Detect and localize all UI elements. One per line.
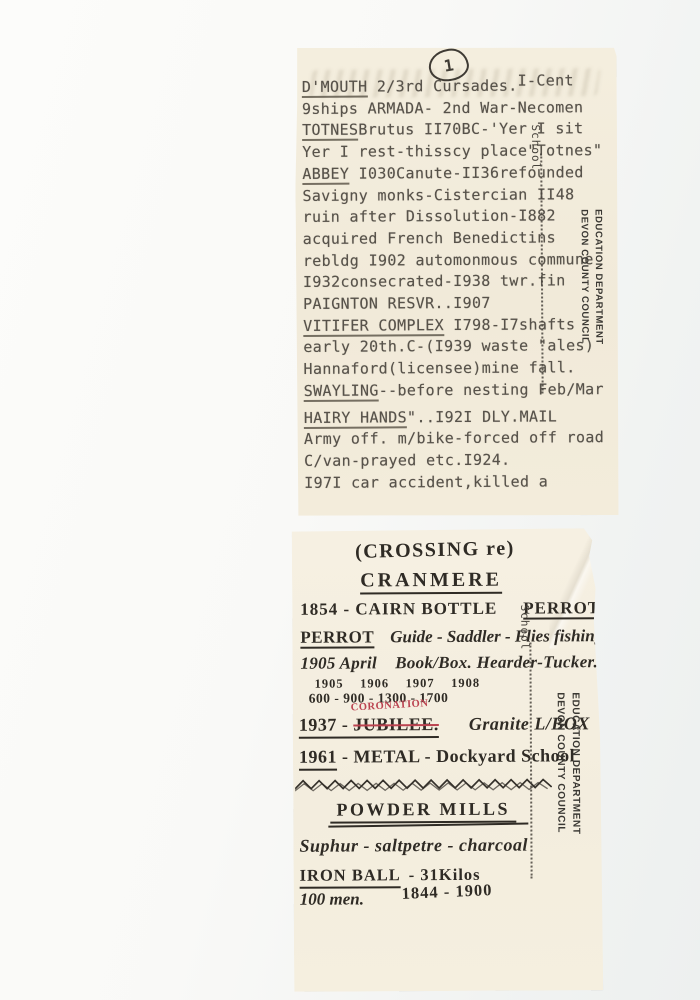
typed-line: Army off. m/bike-forced off road	[304, 427, 616, 451]
heading-underlined: CRANMERE	[360, 569, 502, 595]
typed-line: I97I car accident,killed a	[304, 471, 616, 495]
section-heading: POWDER MILLS	[293, 798, 553, 820]
line-text: 9ships ARMADA- 2nd War-Necomen	[302, 98, 584, 118]
typed-line: I932consecrated-I938 twr.fin	[303, 270, 615, 294]
stamp-line: EDUCATION DEPARTMENT	[568, 692, 584, 844]
typed-line: Yer I rest-thisscy place"Totnes"	[302, 140, 614, 164]
heading-note: (CROSSING re)	[292, 536, 578, 565]
line-text: 2/3rd Cursades.	[367, 77, 517, 96]
double-underlined-heading: POWDER MILLS	[330, 799, 516, 824]
line-text: I932consecrated-I938 twr.fin	[303, 272, 566, 292]
line-text: Hannaford(licensee)mine fall.	[303, 358, 575, 378]
line-text: I798-I7shafts	[444, 315, 575, 334]
typed-line: ABBEY I030Canute-II36refounded	[302, 162, 614, 186]
line-text: rebldg I902 automonmous commune	[303, 250, 594, 270]
card-heading: CRANMERE	[292, 568, 570, 592]
line-text: I030Canute-II36refounded	[349, 163, 584, 182]
typed-line: ruin after Dissolution-I882	[303, 205, 615, 229]
underlined-word: ABBEY	[302, 164, 349, 184]
zigzag-divider	[295, 774, 557, 793]
typed-line: PAIGNTON RESVR..I907	[303, 292, 615, 316]
underlined-word: D'MOUTH	[302, 78, 368, 98]
underlined-word: VITIFER COMPLEX	[303, 316, 444, 337]
typed-line: C/van-prayed etc.I924.	[304, 449, 616, 473]
typed-line: Hannaford(licensee)mine fall.	[303, 357, 615, 381]
typed-line: TOTNESBrutus II70BC-'Yer I sit	[302, 118, 614, 142]
handwritten-line: 1854 - CAIRN BOTTLEPERROT	[300, 598, 600, 620]
index-card-typed: 1 D'MOUTH 2/3rd Cursades.I-Cent9ships AR…	[295, 46, 620, 517]
underlined-word: TOTNES	[302, 121, 358, 141]
typed-line: early 20th.C-(I939 waste "ales)	[303, 335, 615, 359]
line-text: early 20th.C-(I939 waste "ales)	[303, 337, 594, 357]
county-council-stamp: DEVON COUNTY COUNCIL EDUCATION DEPARTMEN…	[577, 209, 606, 355]
county-council-stamp: DEVON COUNTY COUNCIL EDUCATION DEPARTMEN…	[553, 692, 584, 844]
line-text: Brutus II70BC-'Yer I sit	[358, 120, 583, 139]
underlined-name: IRON BALL	[300, 865, 401, 889]
line-text: Guide - Saddler - Flies fishing	[390, 626, 603, 646]
index-card-handwritten: (CROSSING re) CRANMERE 1854 - CAIRN BOTT…	[292, 528, 603, 992]
typed-line: Savigny monks-Cistercian II48	[302, 184, 614, 208]
stamp-line: DEVON COUNTY COUNCIL	[553, 692, 569, 844]
underlined-year: 1961	[299, 747, 337, 771]
typed-line: acquired French Benedictins	[303, 227, 615, 251]
underlined-name: PERROT	[300, 627, 374, 648]
line-text: 1854 - CAIRN BOTTLE	[300, 599, 497, 619]
stamp-line: DEVON COUNTY COUNCIL	[577, 209, 592, 355]
typed-line: HAIRY HANDS"..I92I DLY.MAIL	[304, 406, 616, 430]
line-text: 1937 -	[299, 714, 354, 734]
line-text: - METAL - Dockyard School	[337, 745, 575, 766]
handwritten-line: 1844 - 1900	[401, 880, 492, 904]
line-text: --before nesting Feb/Mar	[379, 380, 604, 399]
line-text: acquired French Benedictins	[303, 228, 556, 248]
typed-line: D'MOUTH 2/3rd Cursades.I-Cent	[302, 75, 614, 99]
handwritten-line: 1961 - METAL - Dockyard School	[299, 745, 575, 767]
line-text: I97I car accident,killed a	[304, 472, 548, 491]
underlined-word: SWAYLING	[304, 381, 379, 401]
typed-line: rebldg I902 automonmous commune	[303, 249, 615, 273]
line-text: I-Cent	[517, 71, 573, 89]
line-text: "..I92I DLY.MAIL	[407, 407, 557, 426]
line-text: Army off. m/bike-forced off road	[304, 428, 604, 448]
handwritten-line: 1905 April Book/Box. Hearder-Tucker.	[300, 652, 598, 674]
stamp-line: EDUCATION DEPARTMENT	[591, 209, 606, 355]
line-text: Yer I rest-thisscy place"Totnes"	[302, 141, 602, 161]
line-text: C/van-prayed etc.I924.	[304, 451, 510, 470]
handwritten-line: PERROTGuide - Saddler - Flies fishing	[300, 626, 603, 648]
line-text: PAIGNTON RESVR..I907	[303, 294, 491, 313]
handwritten-line: Suphur - saltpetre - charcoal	[299, 835, 528, 857]
typed-line: 9ships ARMADA- 2nd War-Necomen	[302, 97, 614, 121]
typed-notes: D'MOUTH 2/3rd Cursades.I-Cent9ships ARMA…	[302, 75, 617, 494]
struck-word: JUBILEE.	[353, 714, 439, 734]
underlined-word: HAIRY HANDS	[304, 408, 407, 429]
underlined-name: PERROT	[523, 598, 600, 619]
typed-line: VITIFER COMPLEX I798-I7shafts	[303, 314, 615, 338]
scan-background: 1 D'MOUTH 2/3rd Cursades.I-Cent9ships AR…	[0, 0, 700, 1000]
line-text: Savigny monks-Cistercian II48	[302, 185, 574, 205]
handwritten-line: 1937 - JUBILEE.Granite L/BOX	[299, 713, 590, 736]
typed-line: SWAYLING--before nesting Feb/Mar	[304, 379, 616, 403]
handwritten-line: 100 men.	[300, 889, 364, 909]
line-text: ruin after Dissolution-I882	[303, 207, 556, 227]
underlined-group: 1937 - JUBILEE.	[299, 714, 439, 739]
